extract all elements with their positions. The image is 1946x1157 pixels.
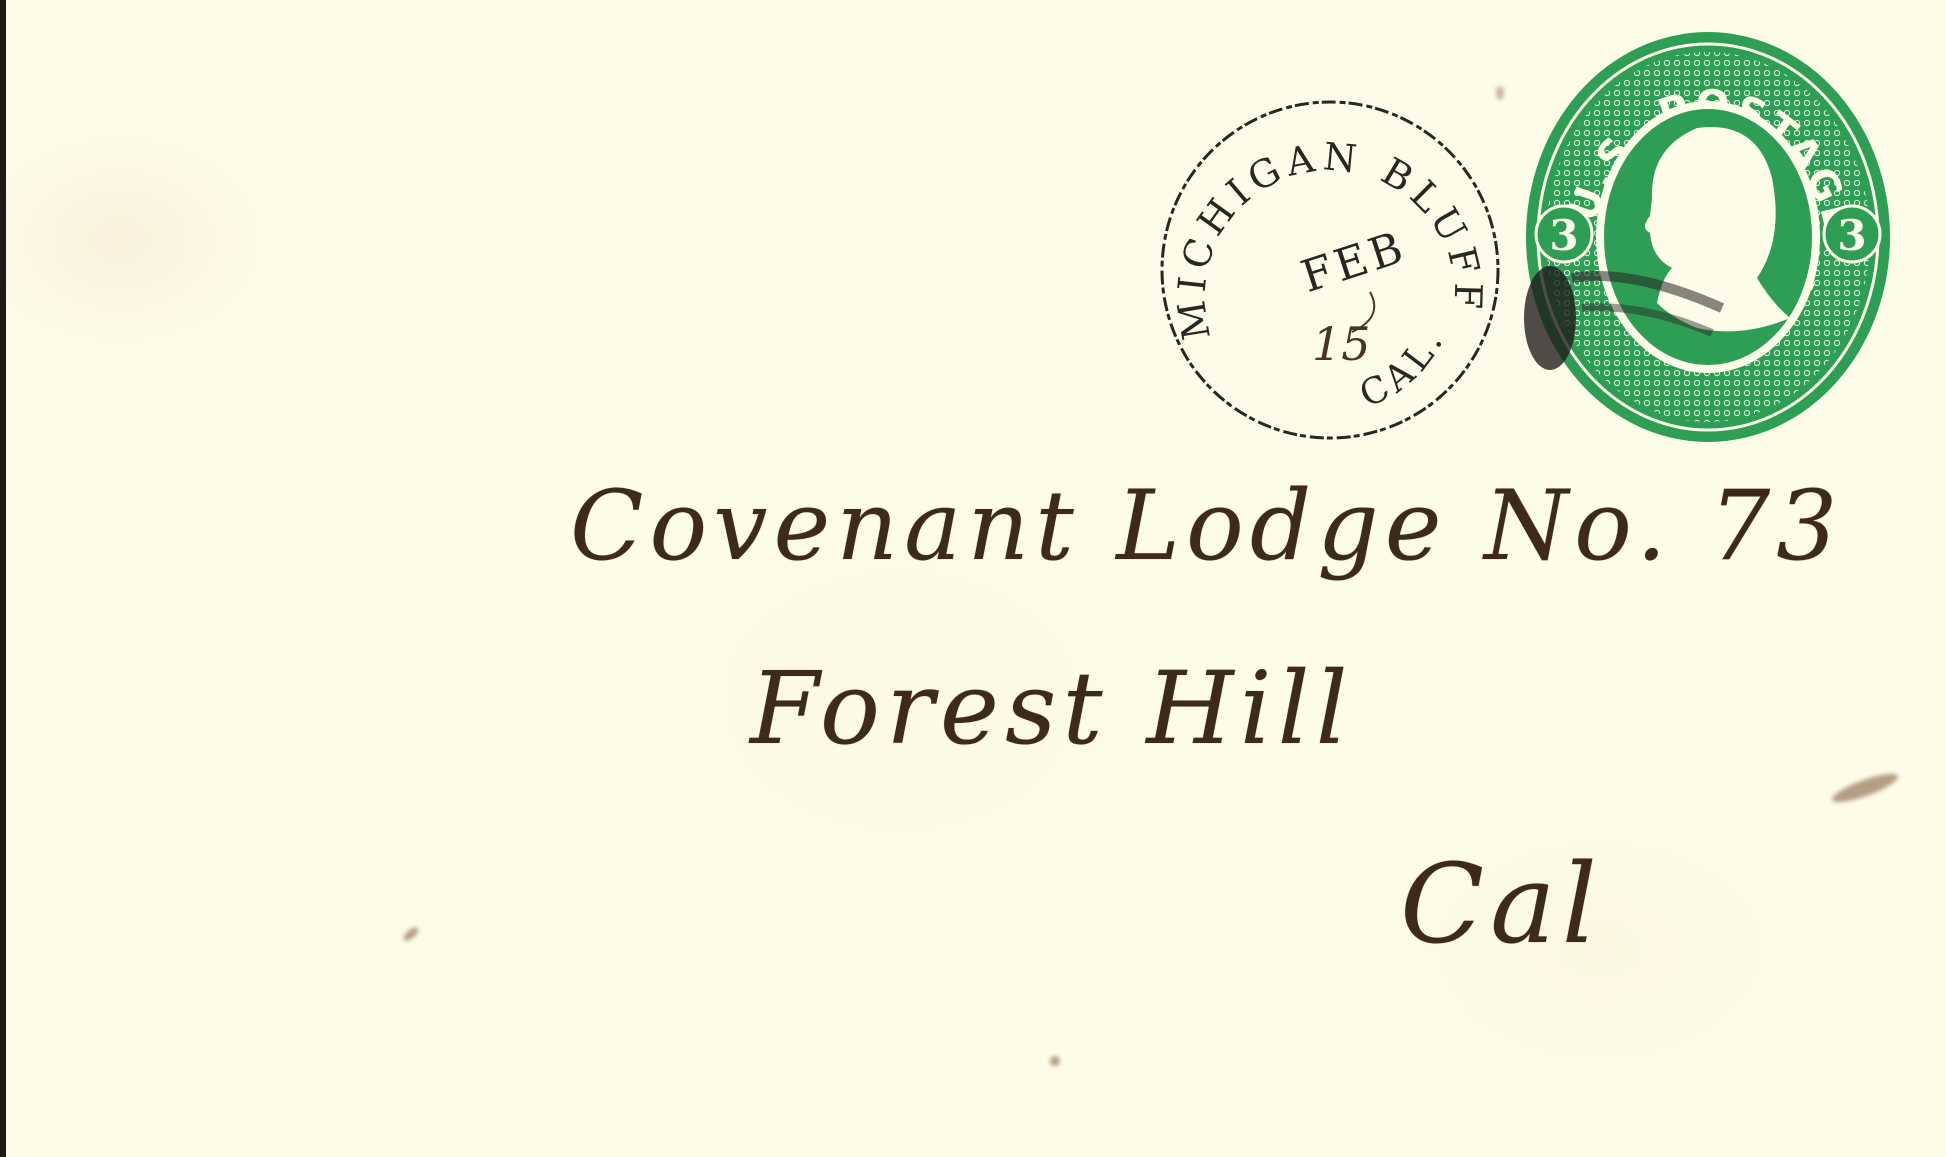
- scan-edge: [0, 0, 6, 1157]
- postmark-month: FEB: [1295, 221, 1413, 303]
- svg-text:MICHIGAN BLUFF: MICHIGAN BLUFF: [1168, 134, 1490, 343]
- postmark-town: MICHIGAN BLUFF: [1168, 134, 1490, 343]
- ink-stain: [402, 925, 421, 943]
- postmark-day: 15: [1312, 317, 1371, 371]
- postmark-circle-icon: MICHIGAN BLUFF CAL. FEB 15: [1152, 92, 1508, 448]
- address-line-state: Cal: [1400, 840, 1603, 968]
- stamp: U.S. POSTAGE THREE CENTS 3 3: [1522, 28, 1894, 446]
- address-block: Covenant Lodge No. 73 Forest Hill Cal: [560, 450, 1860, 1070]
- ink-stain: [1496, 86, 1504, 100]
- address-line-town: Forest Hill: [750, 650, 1354, 767]
- postmark: MICHIGAN BLUFF CAL. FEB 15: [1152, 92, 1508, 448]
- address-line-recipient: Covenant Lodge No. 73: [570, 470, 1843, 582]
- ink-stain: [1050, 1056, 1060, 1066]
- denomination-right: 3: [1837, 211, 1866, 260]
- envelope: MICHIGAN BLUFF CAL. FEB 15: [0, 0, 1946, 1157]
- denomination-left: 3: [1549, 211, 1578, 260]
